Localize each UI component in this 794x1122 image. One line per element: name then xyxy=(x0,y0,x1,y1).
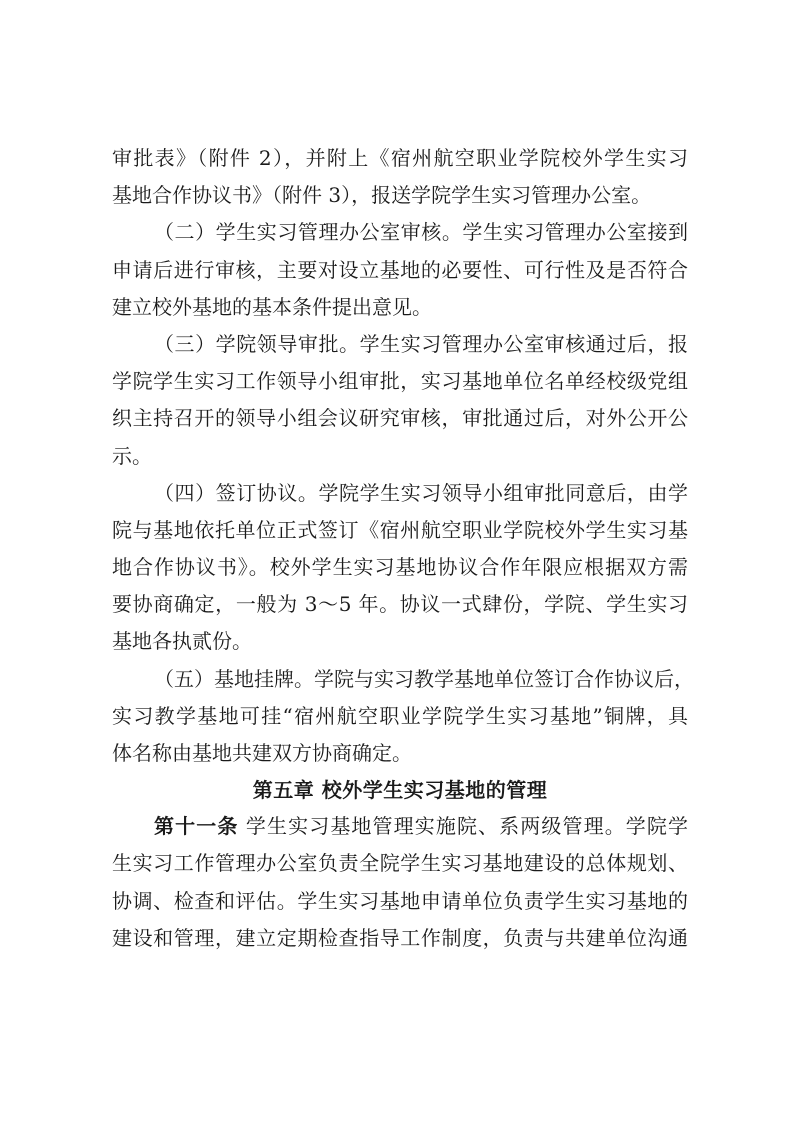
text-line: 地合作协议书》。校外学生实习基地协议合作年限应根据双方需 xyxy=(112,549,688,586)
text-line: 建设和管理，建立定期检查指导工作制度，负责与共建单位沟通 xyxy=(112,920,688,957)
text-line: 实习教学基地可挂“宿州航空职业学院学生实习基地”铜牌，具 xyxy=(112,698,688,735)
document-page: 审批表》（附件 2），并附上《宿州航空职业学院校外学生实习 基地合作协议书》（附… xyxy=(112,140,688,957)
article-text: 学生实习基地管理实施院、系两级管理。学院学 xyxy=(238,814,688,838)
paragraph-leadership-approval: （三）学院领导审批。学生实习管理办公室审核通过后，报 学院学生实习工作领导小组审… xyxy=(112,326,688,475)
text-line: 协调、检查和评估。学生实习基地申请单位负责学生实习基地的 xyxy=(112,883,688,920)
chapter-heading: 第五章 校外学生实习基地的管理 xyxy=(112,772,688,808)
text-line: 示。 xyxy=(112,438,688,475)
text-line: （二）学生实习管理办公室审核。学生实习管理办公室接到 xyxy=(112,214,688,251)
paragraph-attachment-submission: 审批表》（附件 2），并附上《宿州航空职业学院校外学生实习 基地合作协议书》（附… xyxy=(112,140,688,214)
text-line: 第十一条 学生实习基地管理实施院、系两级管理。学院学 xyxy=(112,808,688,845)
text-line: 基地合作协议书》（附件 3），报送学院学生实习管理办公室。 xyxy=(112,177,688,214)
text-line: （五）基地挂牌。学院与实习教学基地单位签订合作协议后， xyxy=(112,661,688,698)
article-label: 第十一条 xyxy=(154,814,238,838)
paragraph-plaque: （五）基地挂牌。学院与实习教学基地单位签订合作协议后， 实习教学基地可挂“宿州航… xyxy=(112,661,688,773)
text-line: 基地各执贰份。 xyxy=(112,623,688,660)
text-line: 体名称由基地共建双方协商确定。 xyxy=(112,735,688,772)
text-line: （三）学院领导审批。学生实习管理办公室审核通过后，报 xyxy=(112,326,688,363)
text-line: 织主持召开的领导小组会议研究审核，审批通过后，对外公开公 xyxy=(112,400,688,437)
text-line: 建立校外基地的基本条件提出意见。 xyxy=(112,289,688,326)
paragraph-office-review: （二）学生实习管理办公室审核。学生实习管理办公室接到 申请后进行审核，主要对设立… xyxy=(112,214,688,326)
text-line: 院与基地依托单位正式签订《宿州航空职业学院校外学生实习基 xyxy=(112,512,688,549)
text-line: 申请后进行审核，主要对设立基地的必要性、可行性及是否符合 xyxy=(112,252,688,289)
text-line: 生实习工作管理办公室负责全院学生实习基地建设的总体规划、 xyxy=(112,845,688,882)
text-line: 学院学生实习工作领导小组审批，实习基地单位名单经校级党组 xyxy=(112,363,688,400)
text-line: 要协商确定，一般为 3～5 年。协议一式肆份，学院、学生实习 xyxy=(112,586,688,623)
text-line: （四）签订协议。学院学生实习领导小组审批同意后，由学 xyxy=(112,475,688,512)
text-line: 审批表》（附件 2），并附上《宿州航空职业学院校外学生实习 xyxy=(112,140,688,177)
paragraph-sign-agreement: （四）签订协议。学院学生实习领导小组审批同意后，由学 院与基地依托单位正式签订《… xyxy=(112,475,688,661)
article-11: 第十一条 学生实习基地管理实施院、系两级管理。学院学 生实习工作管理办公室负责全… xyxy=(112,808,688,957)
